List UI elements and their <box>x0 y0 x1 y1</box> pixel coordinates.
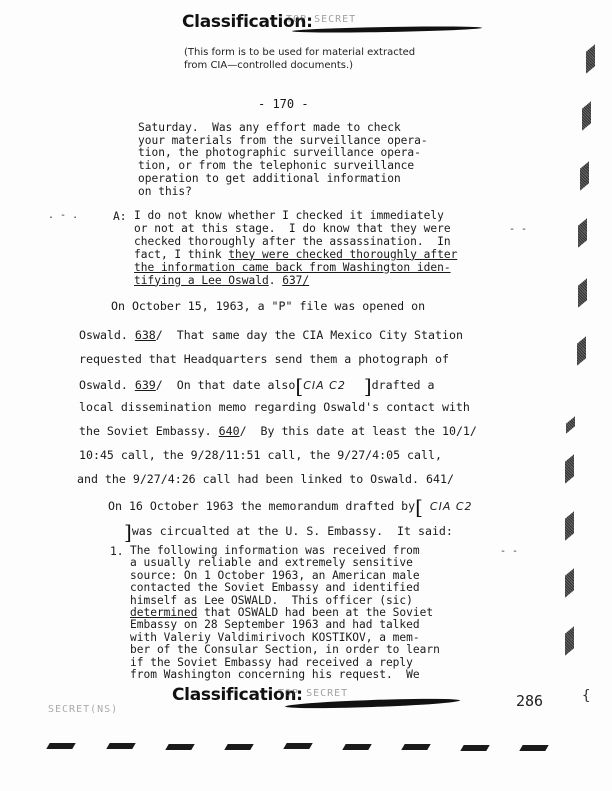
form-note: (This form is to be used for material ex… <box>184 46 415 72</box>
answer-line: I do not know whether I checked it immed… <box>134 210 457 223</box>
scan-bottom-mark <box>165 744 194 750</box>
underlined-word: determined <box>130 606 197 619</box>
scan-bottom-mark <box>224 744 253 750</box>
paragraph1-line: 10:45 call, the 9/28/11:51 call, the 9/2… <box>79 448 442 462</box>
scan-bottom-mark <box>106 743 135 749</box>
text-span: Oswald. <box>79 378 135 392</box>
quoted-line: ber of the Consular Section, in order to… <box>130 644 440 656</box>
quoted-line: Embassy on 28 September 1963 and had tal… <box>130 619 440 631</box>
answer-underlined-text: tifying a Lee Oswald <box>134 274 269 287</box>
answer-line: fact, I think they were checked thorough… <box>134 249 457 262</box>
margin-mark: . - . <box>48 210 78 221</box>
answer-line4-prefix: fact, I think <box>134 248 228 261</box>
scan-bottom-mark <box>46 743 75 749</box>
answer-line: or not at this stage. I do know that the… <box>134 223 457 236</box>
page-number: 286 <box>516 692 543 710</box>
scan-edge-mark <box>565 568 574 598</box>
text-span: / On that date also <box>156 378 296 392</box>
scan-edge-mark <box>586 44 595 74</box>
question-line: tion, or from the telephonic surveillanc… <box>138 160 428 173</box>
question-block: Saturday. Was any effort made to checkyo… <box>138 122 428 198</box>
margin-mark: - - <box>509 224 527 235</box>
scan-edge-mark <box>580 161 589 191</box>
quoted-line: a usually reliable and extremely sensiti… <box>130 557 440 569</box>
text-span: drafted a <box>372 378 435 392</box>
paragraph1-line: Oswald. 639/ On that date also[CIA C2]dr… <box>79 376 435 396</box>
document-id-stamp: SECRET(NS) <box>48 704 118 715</box>
text-span: On 16 October 1963 the memorandum drafte… <box>108 499 415 513</box>
footnote-ref-640: 640 <box>219 424 240 438</box>
document-page: Classification: TOP SECRET (This form is… <box>0 0 612 791</box>
scan-bottom-mark <box>460 745 489 751</box>
question-line: on this? <box>138 186 428 199</box>
paragraph1-line: requested that Headquarters send them a … <box>79 352 449 366</box>
paragraph1-line: On October 15, 1963, a "P" file was open… <box>111 299 425 313</box>
form-note-line-1: (This form is to be used for material ex… <box>184 46 415 59</box>
scan-bottom-mark <box>342 744 371 750</box>
scan-edge-mark <box>578 278 587 308</box>
text-span: that OSWALD had been at the Soviet <box>197 606 433 619</box>
paragraph1-line: Oswald. 638/ That same day the CIA Mexic… <box>79 328 463 342</box>
paragraph1-line: the Soviet Embassy. 640/ By this date at… <box>79 424 477 438</box>
answer-block: I do not know whether I checked it immed… <box>134 210 457 287</box>
answer-line: tifying a Lee Oswald. 637/ <box>134 275 457 288</box>
margin-mark: { <box>582 688 590 704</box>
scan-bottom-mark <box>401 744 430 750</box>
answer-underlined-text: they were checked thoroughly after <box>228 248 457 261</box>
footnote-ref-638: 638 <box>135 328 156 342</box>
footnote-ref-637: 637/ <box>282 274 309 287</box>
scan-edge-mark <box>566 416 575 434</box>
paragraph1-line: and the 9/27/4:26 call had been linked t… <box>77 472 454 486</box>
paragraph2-line: ]was circualted at the U. S. Embassy. It… <box>124 522 453 542</box>
text-span: / That same day the CIA Mexico City Stat… <box>156 328 463 342</box>
text-span: Oswald. <box>79 328 135 342</box>
quoted-item-number: 1. <box>110 545 123 558</box>
text-span: the Soviet Embassy. <box>79 424 219 438</box>
question-line: operation to get additional information <box>138 173 428 186</box>
redaction-bracket-close: ] <box>124 520 132 544</box>
quoted-line: contacted the Soviet Embassy and identif… <box>130 582 440 594</box>
answer-label: A: <box>113 210 126 223</box>
scan-edge-mark <box>582 101 591 131</box>
page-marker: - 170 - <box>258 97 309 111</box>
handwritten-redaction-code: CIA C2 <box>303 379 346 392</box>
margin-mark: - - <box>500 546 518 557</box>
redaction-bracket-open: [ <box>415 495 423 519</box>
scan-bottom-mark <box>283 743 312 749</box>
quoted-item-text: The following information was received f… <box>130 545 440 681</box>
paragraph1-line: local dissemination memo regarding Oswal… <box>79 400 470 414</box>
form-note-line-2: from CIA—controlled documents.) <box>184 59 415 72</box>
scan-bottom-mark <box>519 745 548 751</box>
header-redaction-bar <box>292 25 482 33</box>
text-span: / By this date at least the 10/1/ <box>240 424 477 438</box>
answer-line6-suffix: . <box>269 274 282 287</box>
scan-edge-mark <box>565 511 574 541</box>
scan-edge-mark <box>578 218 587 248</box>
paragraph2-line: On 16 October 1963 the memorandum drafte… <box>108 497 473 517</box>
handwritten-redaction-code: CIA C2 <box>430 500 473 513</box>
scan-edge-mark <box>577 336 586 366</box>
scan-edge-mark <box>565 454 574 484</box>
redaction-bracket-close: ] <box>364 374 372 398</box>
question-line: Saturday. Was any effort made to check <box>138 122 428 135</box>
scan-edge-mark <box>565 626 574 656</box>
quoted-line: from Washington concerning his request. … <box>130 669 440 681</box>
footnote-ref-639: 639 <box>135 378 156 392</box>
header-classification-redacted: TOP SECRET <box>286 14 476 26</box>
text-span: was circualted at the U. S. Embassy. It … <box>132 524 453 538</box>
